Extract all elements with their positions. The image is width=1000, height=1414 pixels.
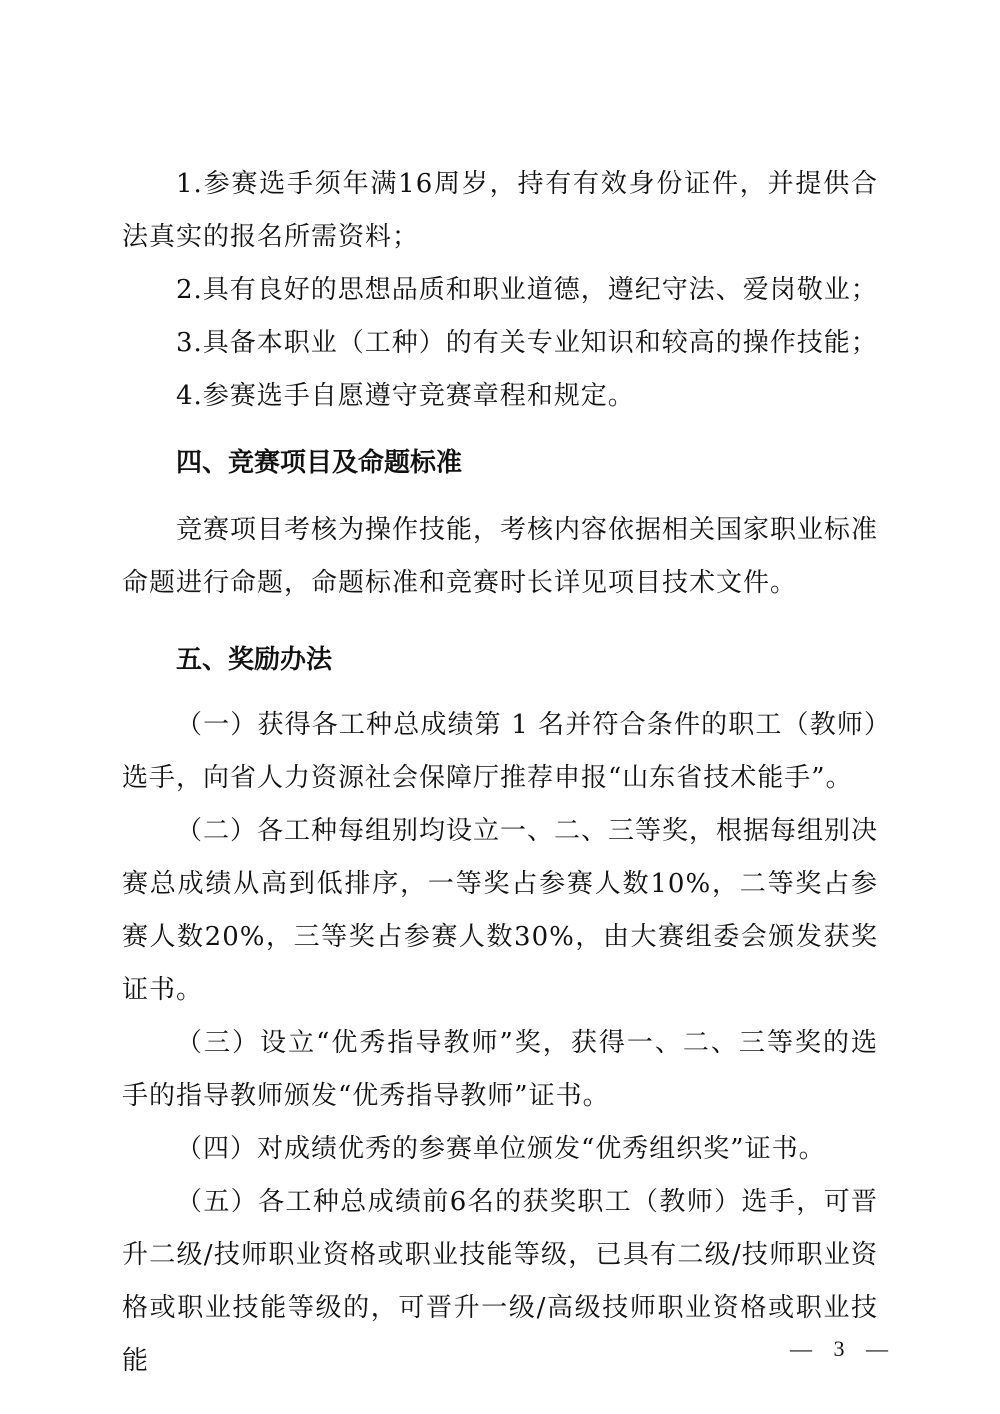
section-4-heading: 四、竞赛项目及命题标准 xyxy=(122,437,878,490)
section-5-heading: 五、奖励办法 xyxy=(122,634,878,687)
section-4-body: 竞赛项目考核为操作技能，考核内容依据相关国家职业标准命题进行命题，命题标准和竞赛… xyxy=(122,504,878,610)
award-item-4: （四）对成绩优秀的参赛单位颁发“优秀组织奖”证书。 xyxy=(122,1123,878,1176)
requirement-3: 3.具备本职业（工种）的有关专业知识和较高的操作技能； xyxy=(122,317,878,370)
award-item-1: （一）获得各工种总成绩第 1 名并符合条件的职工（教师）选手，向省人力资源社会保… xyxy=(122,699,878,805)
requirement-4: 4.参赛选手自愿遵守竞赛章程和规定。 xyxy=(122,370,878,423)
page-number: — 3 — xyxy=(790,1336,896,1362)
award-item-2: （二）各工种每组别均设立一、二、三等奖，根据每组别决赛总成绩从高到低排序，一等奖… xyxy=(122,805,878,1017)
requirement-2: 2.具有良好的思想品质和职业道德，遵纪守法、爱岗敬业； xyxy=(122,264,878,317)
award-item-3: （三）设立“优秀指导教师”奖，获得一、二、三等奖的选手的指导教师颁发“优秀指导教… xyxy=(122,1017,878,1123)
requirement-1: 1.参赛选手须年满16周岁，持有有效身份证件，并提供合法真实的报名所需资料； xyxy=(122,158,878,264)
award-item-5: （五）各工种总成绩前6名的获奖职工（教师）选手，可晋升二级/技师职业资格或职业技… xyxy=(122,1176,878,1388)
document-page: 1.参赛选手须年满16周岁，持有有效身份证件，并提供合法真实的报名所需资料； 2… xyxy=(122,158,878,1388)
